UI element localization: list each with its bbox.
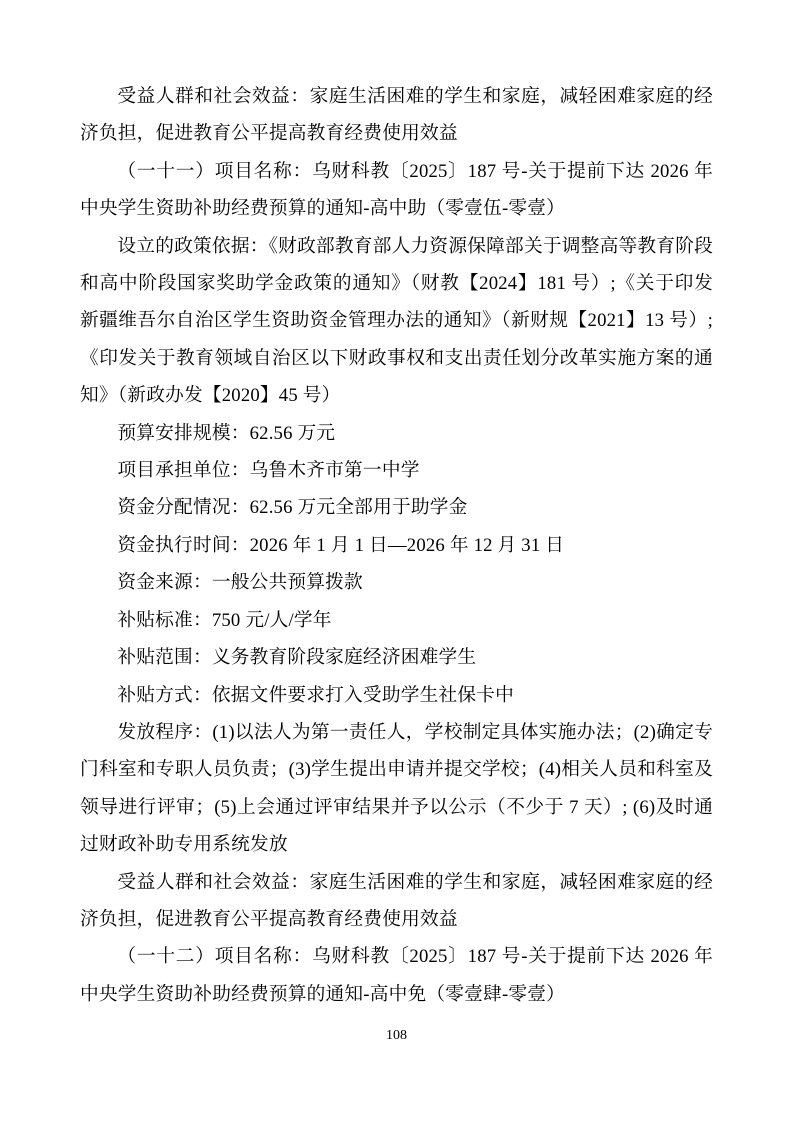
paragraph-fund-allocation: 资金分配情况：62.56 万元全部用于助学金 <box>80 489 713 526</box>
document-page: 受益人群和社会效益：家庭生活困难的学生和家庭，减轻困难家庭的经济负担，促进教育公… <box>0 0 793 1122</box>
page-number: 108 <box>386 1028 407 1043</box>
document-content: 受益人群和社会效益：家庭生活困难的学生和家庭，减轻困难家庭的经济负担，促进教育公… <box>80 78 713 1013</box>
paragraph-project-name-12: （一十二）项目名称：乌财科教〔2025〕187 号-关于提前下达 2026 年中… <box>80 938 713 1013</box>
paragraph-execution-period: 资金执行时间：2026 年 1 月 1 日—2026 年 12 月 31 日 <box>80 527 713 564</box>
paragraph-undertaking-unit: 项目承担单位：乌鲁木齐市第一中学 <box>80 452 713 489</box>
paragraph-beneficiaries-1: 受益人群和社会效益：家庭生活困难的学生和家庭，减轻困难家庭的经济负担，促进教育公… <box>80 78 713 153</box>
paragraph-budget-scale: 预算安排规模：62.56 万元 <box>80 415 713 452</box>
paragraph-subsidy-scope: 补贴范围：义务教育阶段家庭经济困难学生 <box>80 639 713 676</box>
paragraph-project-name-11: （一十一）项目名称：乌财科教〔2025〕187 号-关于提前下达 2026 年中… <box>80 153 713 228</box>
page-footer: 108 <box>0 1026 793 1046</box>
paragraph-disbursement-procedure: 发放程序：(1)以法人为第一责任人，学校制定具体实施办法；(2)确定专门科室和专… <box>80 714 713 864</box>
paragraph-policy-basis: 设立的政策依据：《财政部教育部人力资源保障部关于调整高等教育阶段和高中阶段国家奖… <box>80 228 713 415</box>
paragraph-fund-source: 资金来源：一般公共预算拨款 <box>80 564 713 601</box>
paragraph-subsidy-standard: 补贴标准：750 元/人/学年 <box>80 602 713 639</box>
paragraph-beneficiaries-2: 受益人群和社会效益：家庭生活困难的学生和家庭，减轻困难家庭的经济负担，促进教育公… <box>80 864 713 939</box>
paragraph-subsidy-method: 补贴方式：依据文件要求打入受助学生社保卡中 <box>80 677 713 714</box>
